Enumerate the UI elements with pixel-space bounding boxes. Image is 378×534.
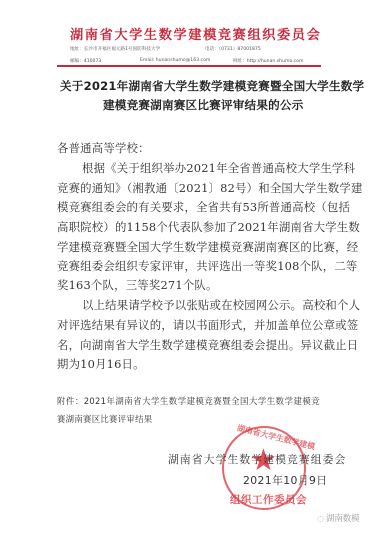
watermark-label: 湖南数模 bbox=[326, 513, 360, 523]
signature: 湖南省大学生数学建模竞赛组委会 bbox=[168, 452, 346, 467]
letterhead-address: 地址：长沙市开福区福元路1号国防科技大学 bbox=[70, 46, 160, 52]
watermark: ◌湖南数模 bbox=[317, 512, 359, 524]
seal-bottom-text: 组织工作委员会 bbox=[230, 492, 307, 507]
paragraph1-line: 高职院校）的1158个代表队参加了2021年湖南省大学生数 bbox=[57, 219, 320, 235]
letterhead-divider bbox=[57, 65, 321, 67]
attachment-line: 附件：2021年湖南省大学生数学建模竞赛暨全国大学生数学建模竞 bbox=[57, 395, 320, 407]
paragraph1-line: 竞赛组委会组织专家评审，共评选出一等奖108个队，二等 bbox=[57, 258, 320, 274]
issue-date: 2021年10月9日 bbox=[243, 473, 327, 488]
paragraph1-line: 根据《关于组织举办2021年全省普通高校大学生学科 bbox=[82, 160, 320, 176]
paragraph1-line: 模竞赛组委会的有关要求，全省共有53所普通高校（包括 bbox=[57, 199, 320, 215]
wechat-icon: ◌ bbox=[317, 514, 324, 523]
paragraph2-line: 对评选结果有异议的，请以书面形式，并加盖单位公章或签 bbox=[57, 317, 320, 333]
letterhead-website: 网址：http://hunan.shumo.com bbox=[233, 58, 303, 64]
paragraph2-line: 以上结果请学校予以张贴或在校园网公示。高校和个人 bbox=[82, 297, 320, 313]
paragraph2-line: 名，向湖南省大学生数学建模竞赛组委会提出。异议截止日 bbox=[57, 337, 320, 353]
notice-title-line-2: 建模竞赛湖南赛区比赛评审结果的公示 bbox=[103, 97, 304, 113]
letterhead-title: 湖南省大学生数学建模竞赛组织委员会 bbox=[70, 24, 308, 43]
letterhead-email: Email: hunanshumo@163.com bbox=[140, 58, 210, 63]
notice-title-line-1: 关于2021年湖南省大学生数学建模竞赛暨全国大学生数学 bbox=[60, 78, 364, 94]
paragraph1-line: 竞赛的通知》（湘教通〔2021〕82号）和全国大学生数学建 bbox=[57, 180, 320, 196]
letterhead-postcode: 邮编：410073 bbox=[70, 58, 101, 64]
salutation: 各普通高等学校： bbox=[57, 140, 320, 156]
paragraph1-line: 学建模竞赛暨全国大学生数学建模竞赛湖南赛区的比赛，经 bbox=[57, 239, 320, 255]
letterhead-phone: 电话：（0731）87001875 bbox=[205, 46, 261, 52]
paragraph1-line: 奖163个队，三等奖271个队。 bbox=[57, 277, 320, 293]
paragraph2-line: 期为10月16日。 bbox=[57, 356, 320, 372]
attachment-line: 赛湖南赛区比赛评审结果 bbox=[57, 413, 320, 425]
